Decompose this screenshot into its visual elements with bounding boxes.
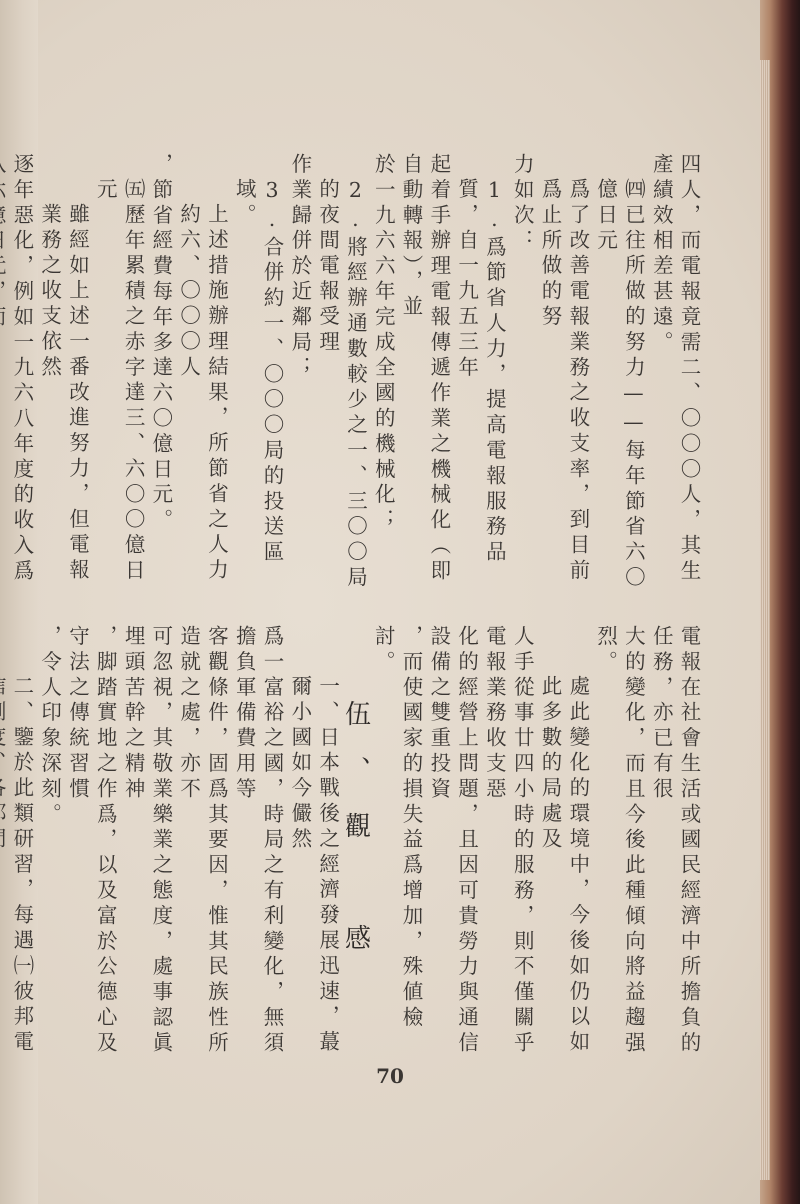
text-column: 四人，而電報竟需二、〇〇〇人，其生產績效相差甚遠。: [646, 153, 702, 593]
list-item-1: 1.爲節省人力，提高電報服務品質，自一九五三年: [452, 153, 508, 593]
list-item-3: 3.合併約一、〇〇〇局的投送區域。: [229, 153, 285, 593]
text-column: ，令人印象深刻。: [35, 625, 63, 1065]
upper-text-block: 四人，而電報竟需二、〇〇〇人，其生產績效相差甚遠。 ㈣已往所做的努力——每年節省…: [64, 153, 702, 593]
text-column: 化的經營上問題，且因可貴勞力與通信設備之雙重投資: [424, 625, 480, 1065]
text-column: 作業歸併於近鄰局；: [285, 153, 313, 593]
page-stack-edge: [760, 60, 770, 1180]
text-column: 一、日本戰後之經濟發展迅速，蕞爾小國如今儼然: [285, 625, 341, 1065]
book-page: 四人，而電報竟需二、〇〇〇人，其生產績效相差甚遠。 ㈣已往所做的努力——每年節省…: [0, 0, 766, 1204]
text-column: 上述措施辦理結果，所節省之人力約六、〇〇〇人: [174, 153, 230, 593]
text-column: 雖經如上述一番改進努力，但電報業務之收支依然: [35, 153, 91, 593]
text-column: 人手從事廿四小時的服務，則不僅關乎電報業務收支惡: [480, 625, 536, 1065]
text-column: 爲了改善電報業務之收支率，到目前爲止所做的努: [535, 153, 591, 593]
list-item-2: 2.將經辦通數較少之一、三〇〇局的夜間電報受理: [313, 153, 369, 593]
text-column: 電報在社會生活或國民經濟中所擔負的任務，亦已有很: [646, 625, 702, 1065]
text-column: 爲一富裕之國，時局之有利變化，無須擔負軍備費用等: [229, 625, 285, 1065]
text-column: ，脚踏實地之作爲，以及富於公德心及守法之傳統習慣: [63, 625, 119, 1065]
text-column: 大的變化，而且今後此種傾向將益趨强烈。: [591, 625, 647, 1065]
text-column: ，節省經費每年多達六〇億日元。: [146, 153, 174, 593]
text-column: 二、鑒於此類研習，每遇㈠彼邦電信制度、各部門: [0, 625, 35, 1065]
text-column: 可忽視，其敬業樂業之態度，處事認眞埋頭苦幹之精神: [118, 625, 174, 1065]
text-column: 處此變化的環境中，今後如仍以如此多數的局處及: [535, 625, 591, 1065]
page-number: 70: [360, 1064, 420, 1088]
text-column: 於一九六六年完成全國的機械化；: [368, 153, 396, 593]
subsection-heading-4: ㈣已往所做的努力——每年節省六〇億日元: [591, 153, 647, 593]
text-column: 逐年惡化，例如一九六八年度的收入爲八六億日元，而: [0, 153, 35, 593]
section-heading-impressions: 伍、觀 感: [341, 625, 369, 1065]
subsection-heading-5: ㈤歷年累積之赤字達三、六〇〇億日元: [90, 153, 146, 593]
text-column: 客觀條件，固爲其要因，惟其民族性所造就之處，亦不: [174, 625, 230, 1065]
text-column: 力如次：: [507, 153, 535, 593]
text-column: ，而使國家的損失益爲增加，殊値檢討。: [368, 625, 424, 1065]
text-column: 起着手辦理電報傳遞作業之機械化（即自動轉報），並: [396, 153, 452, 593]
lower-text-block: 電報在社會生活或國民經濟中所擔負的任務，亦已有很 大的變化，而且今後此種傾向將益…: [64, 625, 702, 1065]
